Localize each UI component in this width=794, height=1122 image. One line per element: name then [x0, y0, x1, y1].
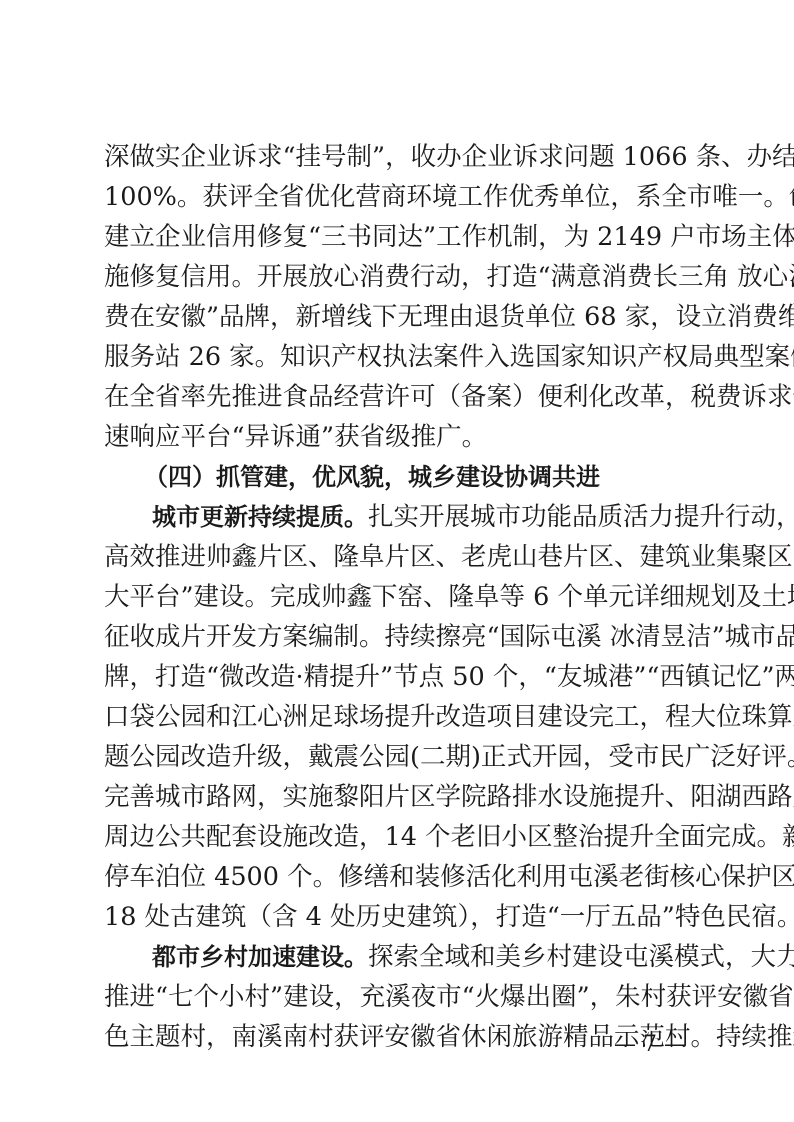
body-line: 18 处古建筑（含 4 处历史建筑），打造“一厅五品”特色民宿。 — [104, 897, 692, 937]
paragraph-lead-rural: 都市乡村加速建设。 — [152, 943, 368, 971]
body-line: 高效推进帅鑫片区、隆阜片区、老虎山巷片区、建筑业集聚区“四 — [104, 537, 692, 577]
body-line: 深做实企业诉求“挂号制”，收办企业诉求问题 1066 条、办结率 — [104, 137, 692, 177]
body-line: 口袋公园和江心洲足球场提升改造项目建设完工，程大位珠算主 — [104, 697, 692, 737]
paragraph-rural-first-line: 都市乡村加速建设。探索全域和美乡村建设屯溪模式，大力 — [104, 937, 692, 977]
body-line: 征收成片开发方案编制。持续擦亮“国际屯溪 冰清昱洁”城市品 — [104, 617, 692, 657]
document-page: 深做实企业诉求“挂号制”，收办企业诉求问题 1066 条、办结率 100%。获评… — [104, 137, 692, 1057]
body-line: 色主题村，南溪南村获评安徽省休闲旅游精品示范村。持续推进 — [104, 1017, 692, 1057]
page-number: — 7 — — [614, 1030, 686, 1060]
paragraph-text: 扎实开展城市功能品质活力提升行动， — [368, 502, 794, 532]
body-line: 大平台”建设。完成帅鑫下窑、隆阜等 6 个单元详细规划及土地 — [104, 577, 692, 617]
body-line: 费在安徽”品牌，新增线下无理由退货单位 68 家，设立消费维权 — [104, 297, 692, 337]
body-line: 完善城市路网，实施黎阳片区学院路排水设施提升、阳湖西路及 — [104, 777, 692, 817]
body-line: 停车泊位 4500 个。修缮和装修活化利用屯溪老街核心保护区内 — [104, 857, 692, 897]
body-line: 速响应平台“异诉通”获省级推广。 — [104, 417, 692, 457]
body-line: 周边公共配套设施改造，14 个老旧小区整治提升全面完成。新增 — [104, 817, 692, 857]
body-line: 施修复信用。开展放心消费行动，打造“满意消费长三角 放心消 — [104, 257, 692, 297]
paragraph-text: 探索全域和美乡村建设屯溪模式，大力 — [368, 942, 794, 972]
body-line: 建立企业信用修复“三书同达”工作机制，为 2149 户市场主体实 — [104, 217, 692, 257]
body-line: 推进“七个小村”建设，充溪夜市“火爆出圈”，朱村获评安徽省特 — [104, 977, 692, 1017]
body-line: 牌，打造“微改造·精提升”节点 50 个，“友城港”“西镇记忆”两个 — [104, 657, 692, 697]
body-line: 在全省率先推进食品经营许可（备案）便利化改革，税费诉求快 — [104, 377, 692, 417]
body-line: 服务站 26 家。知识产权执法案件入选国家知识产权局典型案例， — [104, 337, 692, 377]
body-line: 题公园改造升级，戴震公园(二期)正式开园，受市民广泛好评。 — [104, 737, 692, 777]
section-heading: （四）抓管建，优风貌，城乡建设协调共进 — [104, 457, 692, 497]
paragraph-lead-urban: 城市更新持续提质。 — [152, 503, 368, 531]
body-line: 100%。获评全省优化营商环境工作优秀单位，系全市唯一。创新 — [104, 177, 692, 217]
paragraph-urban-first-line: 城市更新持续提质。扎实开展城市功能品质活力提升行动， — [104, 497, 692, 537]
